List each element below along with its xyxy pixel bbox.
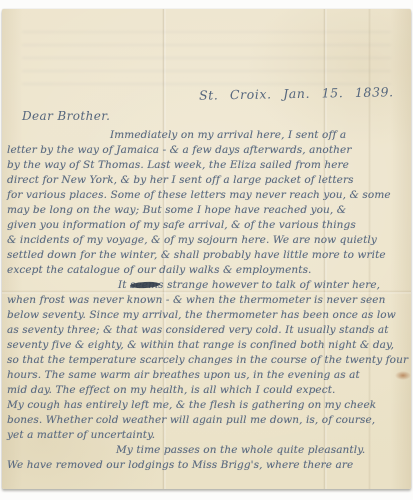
- ink-bleed-through: [22, 31, 390, 89]
- letter-line: for various places. Some of these letter…: [2, 188, 411, 203]
- letter-line: given you information of my safe arrival…: [2, 218, 411, 233]
- letter-line: bones. Whether cold weather will again p…: [2, 413, 411, 428]
- letter-line: except the catalogue of our daily walks …: [2, 263, 411, 278]
- letter-line: when frost was never known - & when the …: [2, 293, 411, 308]
- letter-line: seventy five & eighty, & within that ran…: [2, 338, 411, 353]
- letter-line: Immediately on my arrival here, I sent o…: [2, 128, 411, 143]
- letter-line: as seventy three; & that was considered …: [2, 323, 411, 338]
- letter-line: may be long on the way; But some I hope …: [2, 203, 411, 218]
- letter-line: My cough has entirely left me, & the fle…: [2, 398, 411, 413]
- letter-line: below seventy. Since my arrival, the the…: [2, 308, 411, 323]
- scanned-letter-page: St. Croix. Jan. 15. 1839. Dear Brother. …: [0, 0, 413, 500]
- letter-line: & incidents of my voyage, & of my sojour…: [2, 233, 411, 248]
- letter-line: direct for New York, & by her I sent off…: [2, 173, 411, 188]
- letter-line: It seems strange however to talk of wint…: [2, 278, 411, 293]
- letter-line: mid day. The effect on my health, is all…: [2, 383, 411, 398]
- letter-line: by the way of St Thomas. Last week, the …: [2, 158, 411, 173]
- letter-line: settled down for the winter, & shall pro…: [2, 248, 411, 263]
- letter-dateline: St. Croix. Jan. 15. 1839.: [199, 84, 394, 102]
- letter-line: so that the temperature scarcely changes…: [2, 353, 411, 368]
- letter-paper: St. Croix. Jan. 15. 1839. Dear Brother. …: [2, 9, 411, 489]
- letter-line: hours. The same warm air breathes upon u…: [2, 368, 411, 383]
- letter-line: My time passes on the whole quite pleasa…: [2, 443, 411, 458]
- letter-line: yet a matter of uncertainty.: [2, 428, 411, 443]
- letter-salutation: Dear Brother.: [22, 109, 110, 123]
- letter-body: Immediately on my arrival here, I sent o…: [2, 128, 411, 473]
- letter-line: letter by the way of Jamaica - & a few d…: [2, 143, 411, 158]
- letter-line: We have removed our lodgings to Miss Bri…: [2, 458, 411, 473]
